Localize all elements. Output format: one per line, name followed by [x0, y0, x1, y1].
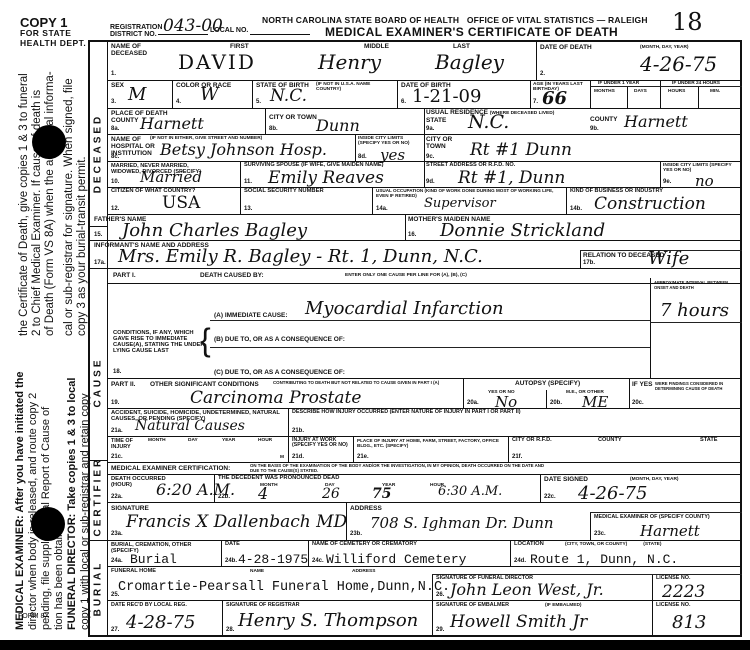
- address-value: 708 S. Ighman Dr. Dunn: [370, 514, 554, 532]
- field-num: 14b.: [570, 206, 582, 212]
- first-label: FIRST: [230, 43, 249, 50]
- informant-value: Mrs. Emily R. Bagley - Rt. 1, Dunn, N.C.: [118, 246, 483, 267]
- row-rule: [107, 214, 742, 215]
- injury-hour-label: HOUR: [258, 438, 272, 443]
- me-other-value: ME: [582, 393, 608, 411]
- director-value: John Leon West, Jr.: [450, 580, 604, 599]
- section-label-deceased: DECEASED: [93, 114, 104, 194]
- field-num: 8a.: [111, 126, 119, 132]
- embalmer-value: Howell Smith Jr: [450, 612, 587, 632]
- state-label: STATE: [700, 438, 718, 443]
- registration-label-1: REGISTRATION: [110, 24, 162, 31]
- col-rule: [405, 214, 406, 240]
- immediate-cause-value: Myocardial Infarction: [305, 298, 504, 319]
- copy-for: FOR STATE: [20, 28, 86, 38]
- local-no-underline: [250, 34, 310, 35]
- field-num: 8c.: [111, 154, 119, 160]
- instr-line: tion has been obtained.: [53, 371, 66, 630]
- cemetery-value: Williford Cemetery: [326, 552, 466, 567]
- field-num: 9b.: [590, 126, 599, 132]
- col-rule: [650, 278, 651, 350]
- res-city-value: Rt #1 Dunn: [470, 140, 572, 160]
- row-rule: [107, 600, 742, 601]
- other-conditions-value: Carcinoma Prostate: [190, 388, 361, 408]
- cause-line-a: [210, 320, 650, 321]
- date-recd-value: 4-28-75: [126, 612, 195, 633]
- registrar-value: Henry S. Thompson: [238, 610, 418, 631]
- place-injury-label: PLACE OF INJURY AT HOME, FARM, STREET, F…: [357, 438, 507, 448]
- instructions-upper: the Certificate of Death, give copies 1 …: [18, 71, 89, 336]
- field-num: 8d.: [358, 154, 367, 160]
- col-rule: [222, 600, 223, 637]
- col-rule: [240, 161, 241, 214]
- director-license-value: 2223: [662, 582, 705, 602]
- field-num: 17a.: [94, 260, 106, 266]
- cert-label: MEDICAL EXAMINER CERTIFICATION:: [111, 465, 230, 472]
- col-rule: [540, 474, 541, 502]
- instr-line: FUNERAL DIRECTOR: Take copies 1 & 3 to l…: [66, 371, 79, 630]
- field-num: 21f.: [512, 454, 522, 460]
- injury-how-label: DESCRIBE HOW INJURY OCCURRED (ENTER NATU…: [292, 410, 521, 415]
- embalmer-license-value: 813: [672, 612, 706, 633]
- col-rule: [463, 378, 464, 408]
- field-num: 20a.: [467, 400, 479, 406]
- relation-value: Wife: [648, 248, 689, 269]
- field-num: 1.: [111, 71, 116, 77]
- field-num: 17b.: [583, 260, 595, 266]
- under-1-year-label: IF UNDER 1 YEAR: [598, 81, 639, 86]
- ssn-label: SOCIAL SECURITY NUMBER: [244, 189, 324, 194]
- col-rule: [629, 378, 630, 408]
- burial-date-value: 4-28-1975: [238, 552, 308, 567]
- field-num: 26.: [436, 592, 444, 598]
- section-rule: [88, 226, 108, 227]
- registrar-label: SIGNATURE OF REGISTRAR: [226, 603, 300, 608]
- row-rule: [107, 474, 742, 475]
- cemetery-label: NAME OF CEMETERY OR CREMATORY: [312, 542, 417, 547]
- field-num: 24b.: [225, 558, 237, 564]
- field-num: 22c.: [544, 494, 556, 500]
- col-rule: [580, 250, 581, 268]
- field-num: 8b.: [269, 126, 278, 132]
- field-num: 28.: [226, 627, 234, 633]
- other-conditions-note: CONTRIBUTING TO DEATH BUT NOT RELATED TO…: [273, 380, 463, 385]
- registration-underline: [158, 34, 208, 35]
- date-signed-format: (MONTH, DAY, YEAR): [630, 477, 679, 482]
- col-rule: [510, 540, 511, 566]
- col-rule: [530, 80, 531, 108]
- field-num: 23a.: [111, 531, 123, 537]
- form-id: FORM 8X: [18, 613, 49, 620]
- p-month-value: 4: [258, 484, 268, 503]
- disposition-value: Burial: [130, 552, 177, 567]
- field-num: 27.: [111, 627, 119, 633]
- res-state-value: N.C.: [468, 111, 509, 133]
- row-rule: [590, 512, 742, 513]
- row-rule: [88, 268, 742, 269]
- page-number: 18: [672, 8, 703, 36]
- field-num: 6.: [401, 99, 406, 105]
- location-note: (CITY, TOWN, OR COUNTY) (STATE): [565, 542, 661, 547]
- copy-dept: HEALTH DEPT.: [20, 38, 86, 48]
- under-24-hours-label: IF UNDER 24 HOURS: [672, 81, 720, 86]
- location-label: LOCATION: [514, 542, 544, 547]
- col-rule: [627, 86, 628, 108]
- row-rule: [107, 161, 742, 162]
- date-format-label: (MONTH, DAY, YEAR): [640, 45, 689, 50]
- field-num: 20c.: [632, 400, 644, 406]
- row-rule: [107, 378, 742, 379]
- mother-value: Donnie Strickland: [440, 220, 605, 241]
- location-value: Route 1, Dunn, N.C.: [530, 552, 678, 567]
- section-label-cause: CAUSE: [93, 353, 104, 413]
- field-num: 11.: [244, 179, 252, 185]
- middle-name-value: Henry: [318, 50, 381, 74]
- instructions-lower: MEDICAL EXAMINER: After you have initiat…: [14, 371, 92, 630]
- injury-month-label: MONTH: [148, 438, 166, 443]
- scan-edge: [0, 640, 750, 650]
- copy-number: COPY 1: [20, 18, 86, 28]
- injury-day-label: DAY: [188, 438, 198, 443]
- col-rule: [252, 80, 253, 108]
- manner-value: Natural Causes: [135, 418, 245, 434]
- funeral-home-value: Cromartie-Pearsall Funeral Home,Dunn,N.C…: [118, 580, 450, 595]
- if-yes-label: IF YES: [632, 381, 652, 388]
- field-num: 24a.: [111, 558, 123, 564]
- spouse-value: Emily Reaves: [268, 168, 384, 188]
- occupation-value: Supervisor: [424, 196, 496, 211]
- sex-label: SEX: [111, 82, 124, 89]
- registration-label: REGISTRATION DISTRICT NO.: [110, 24, 162, 38]
- p-day-value: 26: [322, 486, 340, 502]
- pronounced-label: THE DECEDENT WAS PRONOUNCED DEAD: [218, 476, 339, 481]
- res-city-label: CITY ORTOWN: [426, 136, 452, 150]
- col-rule: [353, 436, 354, 462]
- funeral-address-label: ADDRESS: [352, 569, 375, 574]
- field-num: 4.: [176, 99, 181, 105]
- copy-designation: COPY 1 FOR STATE HEALTH DEPT.: [20, 18, 86, 48]
- industry-value: Construction: [594, 194, 706, 214]
- part2-label: PART II.: [111, 381, 135, 388]
- months-label: MONTHS: [594, 89, 615, 94]
- me-of-label: MEDICAL EXAMINER OF (SPECIFY COUNTY): [594, 514, 724, 520]
- interval-line: [650, 322, 742, 323]
- row-rule: [107, 80, 742, 81]
- state-birth-value: N.C.: [270, 86, 307, 106]
- field-num: 15.: [94, 232, 102, 238]
- field-num: 9c.: [426, 154, 434, 160]
- citizen-value: USA: [162, 193, 200, 213]
- burial-date-label: DATE: [225, 542, 240, 547]
- field-num: 10.: [111, 179, 119, 185]
- inside-limits-label: INSIDE CITY LIMITS (SPECIFY YES OR NO): [358, 136, 422, 146]
- field-num: 9a.: [426, 126, 434, 132]
- instr-line: the Certificate of Death, give copies 1 …: [18, 71, 31, 336]
- date-of-death-label: DATE OF DEATH: [540, 44, 592, 51]
- row-rule: [590, 86, 742, 87]
- section-divider: [107, 40, 108, 637]
- address-label: ADDRESS: [350, 505, 382, 512]
- instr-line: cal or sub-registrar for signature. When…: [63, 71, 76, 336]
- hours-label: HOURS: [668, 89, 685, 94]
- injury-m-label: M: [280, 455, 284, 460]
- field-num: 2.: [540, 71, 545, 77]
- date-signed-label: DATE SIGNED: [544, 476, 588, 483]
- state-birth-note: (IF NOT IN U.S.A. NAME COUNTRY): [316, 82, 396, 92]
- field-num: 21a.: [111, 428, 123, 434]
- col-rule: [397, 80, 398, 108]
- field-num: 7.: [533, 99, 538, 105]
- min-label: MIN.: [710, 89, 720, 94]
- place-city-value: Dunn: [316, 116, 360, 135]
- field-num: 22a.: [111, 494, 123, 500]
- instr-line: director when body is released, and rout…: [27, 371, 40, 630]
- caused-by-label: DEATH CAUSED BY:: [200, 272, 264, 279]
- city-rfd-label: CITY OR R.F.D.: [512, 438, 552, 443]
- cert-note: ON THE BASIS OF THE EXAMINATION OF THE B…: [250, 463, 550, 473]
- inside-limits-value: yes: [380, 146, 405, 164]
- signature-label: SIGNATURE: [111, 505, 149, 512]
- funeral-home-label: FUNERAL HOME: [111, 569, 156, 574]
- col-rule: [288, 408, 289, 462]
- redaction-mark: [31, 507, 65, 541]
- injury-year-label: YEAR: [222, 438, 235, 443]
- col-rule: [355, 134, 356, 161]
- embalmer-note: (IF EMBALMED): [545, 603, 582, 608]
- col-rule: [372, 187, 373, 214]
- section-rule: [88, 540, 108, 541]
- one-cause-label: ENTER ONLY ONE CAUSE PER LINE FOR (a), (…: [345, 273, 467, 278]
- at-work-label: INJURY AT WORK (SPECIFY YES OR NO): [292, 438, 350, 448]
- conditions-label: CONDITIONS, IF ANY, WHICH GAVE RISE TO I…: [113, 330, 207, 354]
- last-label: LAST: [453, 43, 470, 50]
- col-rule: [590, 512, 591, 540]
- field-num: 24d.: [514, 558, 526, 564]
- field-num: 18.: [113, 369, 121, 375]
- field-num: 5.: [256, 99, 261, 105]
- section-label-burial: BURIAL: [93, 558, 104, 620]
- field-num: 20b.: [550, 400, 562, 406]
- col-rule: [508, 436, 509, 462]
- field-num: 3.: [111, 99, 116, 105]
- sex-value: M: [128, 84, 146, 105]
- field-num: 16.: [408, 232, 416, 238]
- col-rule: [546, 390, 547, 408]
- field-num: 13.: [244, 206, 252, 212]
- last-name-value: Bagley: [435, 50, 504, 74]
- middle-label: MIDDLE: [364, 43, 389, 50]
- field-num: 12.: [111, 206, 119, 212]
- page-title: MEDICAL EXAMINER'S CERTIFICATE OF DEATH: [325, 25, 618, 39]
- field-num: 23b.: [350, 531, 362, 537]
- dob-value: 1-21-09: [412, 86, 481, 107]
- age-value: 66: [542, 88, 567, 109]
- place-county-value: Harnett: [140, 114, 204, 133]
- street-value: Rt #1, Dunn: [458, 168, 565, 188]
- field-num: 22b.: [218, 494, 230, 500]
- col-rule: [424, 108, 425, 187]
- redaction-mark: [32, 125, 66, 159]
- local-no-label: LOCAL NO.: [210, 27, 248, 34]
- col-rule: [698, 86, 699, 108]
- p-year-value: 75: [372, 486, 391, 502]
- first-name-value: DAVID: [178, 50, 256, 74]
- instr-line: pending, file supplemental Report of Cau…: [40, 371, 53, 630]
- section-label-certifier: CERTIFIER: [93, 465, 104, 537]
- res-county-label: COUNTY: [590, 116, 617, 123]
- time-injury-label: TIME OFINJURY: [111, 438, 133, 450]
- date-signed-value: 4-26-75: [578, 483, 647, 504]
- col-rule: [566, 187, 567, 214]
- field-num: 9d.: [426, 179, 435, 185]
- row-rule: [107, 436, 742, 437]
- agency-line: NORTH CAROLINA STATE BOARD OF HEALTH OFF…: [262, 15, 648, 25]
- part1-label: PART I.: [113, 272, 136, 279]
- hospital-value: Betsy Johnson Hosp.: [160, 140, 327, 159]
- days-label: DAYS: [634, 89, 647, 94]
- col-rule: [536, 40, 537, 80]
- other-conditions-label: OTHER SIGNIFICANT CONDITIONS: [150, 381, 259, 388]
- marital-value: Married: [140, 168, 202, 186]
- instr-line: of Death (Form VS 8A) when the additiona…: [44, 71, 57, 336]
- instr-line: 2 to Chief Medical Examiner. If cause of…: [31, 71, 44, 336]
- field-num: 19.: [111, 400, 119, 406]
- interval-value: 7 hours: [660, 300, 729, 321]
- field-num: 21b.: [292, 428, 304, 434]
- col-rule: [221, 540, 222, 566]
- p-hour-value: 6:30 A.M.: [438, 484, 502, 499]
- place-city-label: CITY OR TOWN: [269, 114, 317, 121]
- if-yes-note: WERE FINDINGS CONSIDERED IN DETERMINING …: [655, 381, 741, 391]
- res-inside-value: no: [695, 172, 714, 190]
- col-rule: [650, 350, 651, 378]
- res-county-value: Harnett: [624, 112, 688, 131]
- date-recd-label: DATE REC'D BY LOCAL REG.: [111, 603, 187, 608]
- autopsy-label: AUTOPSY (SPECIFY): [515, 380, 580, 387]
- date-of-death-value: 4-26-75: [640, 52, 717, 76]
- embalmer-label: SIGNATURE OF EMBALMER: [436, 603, 509, 608]
- col-rule: [265, 108, 266, 134]
- col-rule: [652, 574, 653, 637]
- col-rule: [590, 80, 591, 108]
- field-num: 14a.: [376, 206, 388, 212]
- name-label: NAME OFDECEASED: [111, 43, 147, 57]
- race-value: W: [200, 84, 219, 105]
- signature-value: Francis X Dallenbach MD: [126, 512, 347, 532]
- brace: {: [200, 324, 211, 356]
- funeral-name-label: NAME: [250, 569, 264, 574]
- father-value: John Charles Bagley: [122, 220, 307, 241]
- field-num: 24c.: [312, 558, 324, 564]
- cause-line-b: [210, 347, 650, 348]
- immediate-cause-label: (a) IMMEDIATE CAUSE:: [214, 312, 288, 319]
- field-num: 29.: [436, 627, 444, 633]
- field-num: 23c.: [594, 531, 606, 537]
- field-num: 21e.: [357, 454, 369, 460]
- col-rule: [660, 80, 661, 108]
- due-to-b-label: (b) DUE TO, OR AS A CONSEQUENCE OF:: [214, 336, 345, 343]
- interval-label: APPROXIMATE INTERVAL BETWEEN ONSET AND D…: [654, 280, 740, 290]
- field-num: 21c.: [111, 454, 123, 460]
- instr-line: MEDICAL EXAMINER: After you have initiat…: [14, 371, 27, 630]
- field-num: 21d.: [292, 454, 304, 460]
- due-to-c-label: (c) DUE TO, OR AS A CONSEQUENCE OF:: [214, 369, 345, 376]
- col-rule: [660, 161, 661, 187]
- row-rule: [107, 283, 742, 284]
- county-label: COUNTY: [598, 438, 622, 443]
- embalmer-license-label: LICENSE NO.: [656, 603, 690, 608]
- me-of-value: Harnett: [640, 522, 700, 540]
- director-license-label: LICENSE NO.: [656, 576, 690, 581]
- row-rule: [107, 540, 742, 541]
- field-num: 9e.: [663, 179, 671, 185]
- registration-label-2: DISTRICT NO.: [110, 31, 162, 38]
- col-rule: [172, 80, 173, 108]
